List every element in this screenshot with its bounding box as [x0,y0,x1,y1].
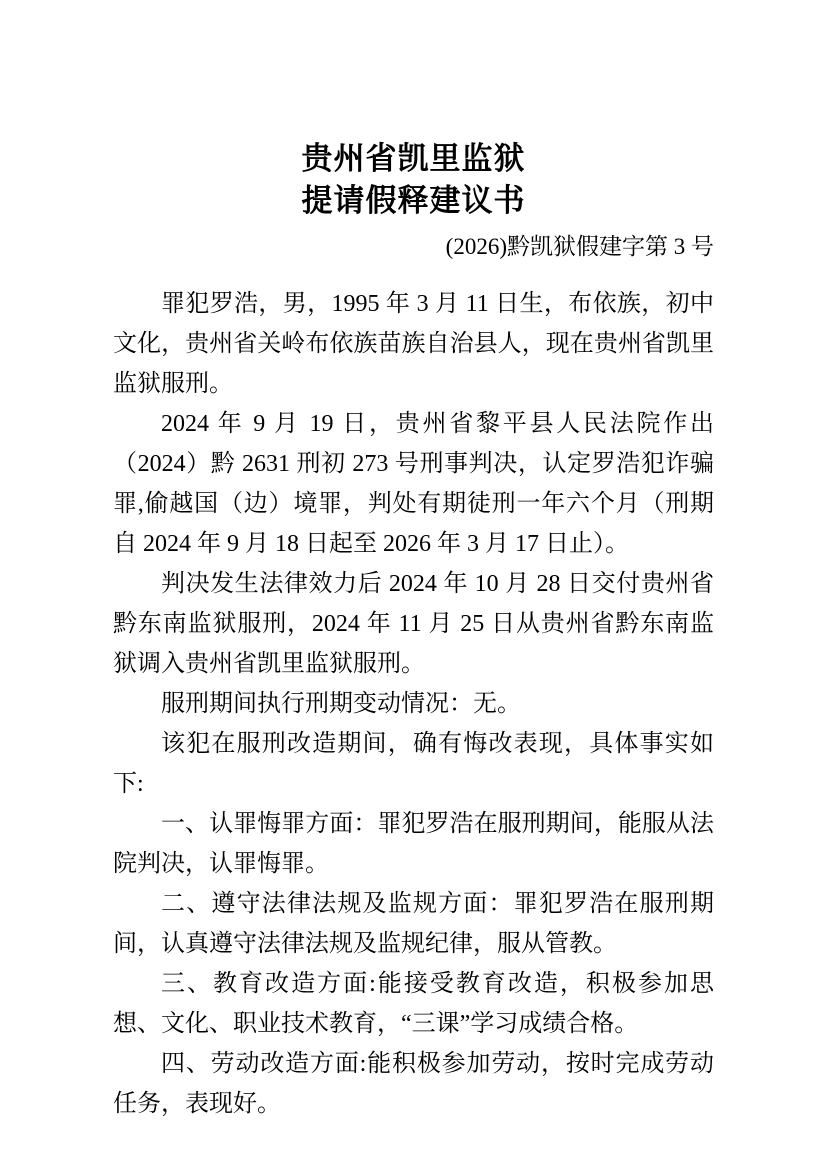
document-body: 罪犯罗浩，男，1995 年 3 月 11 日生，布依族，初中文化，贵州省关岭布依… [113,284,714,1124]
paragraph-transfer: 判决发生法律效力后 2024 年 10 月 28 日交付贵州省黔东南监狱服刑，2… [113,564,714,684]
paragraph-item-3: 三、教育改造方面:能接受教育改造，积极参加思想、文化、职业技术教育，“三课”学习… [113,964,714,1044]
paragraph-item-4: 四、劳动改造方面:能积极参加劳动，按时完成劳动任务，表现好。 [113,1044,714,1124]
title-line-2: 提请假释建议书 [113,180,714,222]
document-title: 贵州省凯里监狱 提请假释建议书 [113,138,714,222]
document-number: (2026)黔凯狱假建字第 3 号 [113,232,714,262]
paragraph-item-2: 二、遵守法律法规及监规方面：罪犯罗浩在服刑期间，认真遵守法律法规及监规纪律，服从… [113,884,714,964]
paragraph-item-1: 一、认罪悔罪方面：罪犯罗浩在服刑期间，能服从法院判决，认罪悔罪。 [113,804,714,884]
title-line-1: 贵州省凯里监狱 [113,138,714,180]
paragraph-facts-lead: 该犯在服刑改造期间，确有悔改表现，具体事实如下: [113,724,714,804]
paragraph-term-change: 服刑期间执行刑期变动情况：无。 [113,684,714,724]
paragraph-intro: 罪犯罗浩，男，1995 年 3 月 11 日生，布依族，初中文化，贵州省关岭布依… [113,284,714,404]
document-content: 贵州省凯里监狱 提请假释建议书 (2026)黔凯狱假建字第 3 号 罪犯罗浩，男… [113,138,714,1124]
paragraph-judgment: 2024 年 9 月 19 日，贵州省黎平县人民法院作出（2024）黔 2631… [113,404,714,564]
document-page: 贵州省凯里监狱 提请假释建议书 (2026)黔凯狱假建字第 3 号 罪犯罗浩，男… [0,0,827,1169]
